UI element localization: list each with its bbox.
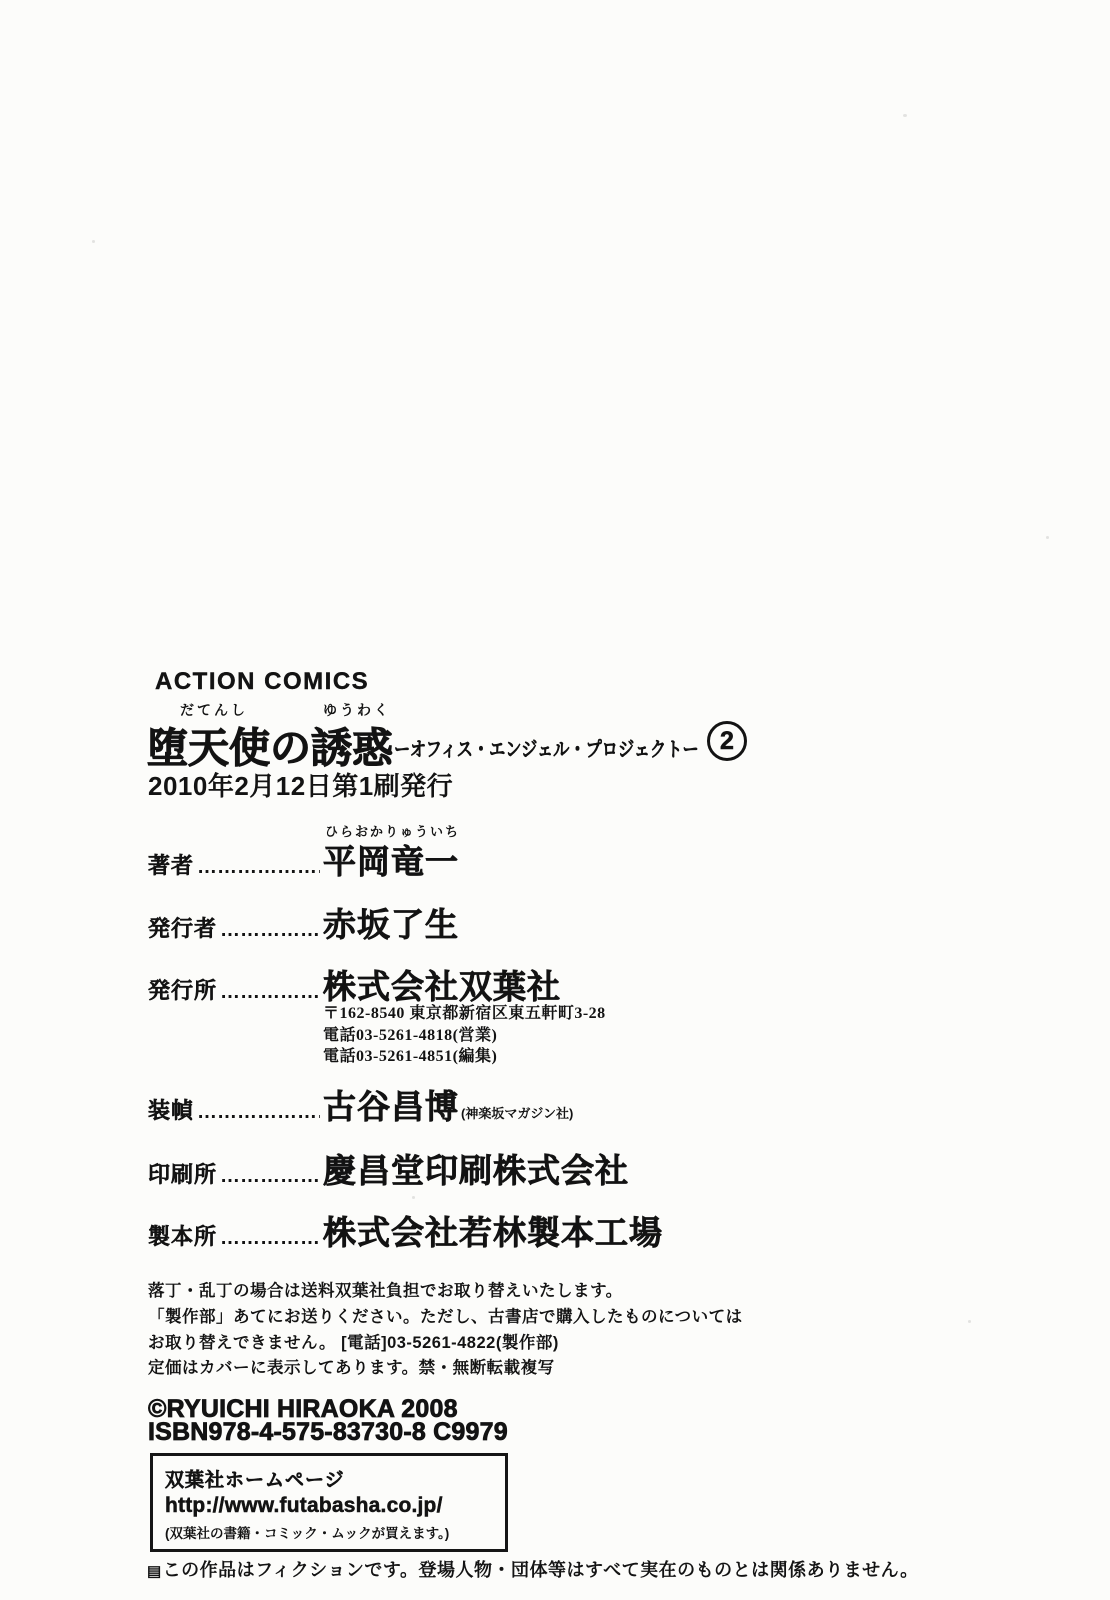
publisher-address: 〒162-8540 東京都新宿区東五軒町3-28 電話03-5261-4818(… <box>323 1003 606 1068</box>
scan-speck <box>968 1320 971 1323</box>
fiction-disclaimer: ▤この作品はフィクションです。登場人物・団体等はすべて実在のものとは関係ありませ… <box>147 1556 919 1582</box>
credit-row-publisher-person: 発行者 …………………………………… 赤坂了生 <box>148 906 908 944</box>
scan-speck <box>903 114 907 117</box>
credit-label-cell: 製本所 …………………………………… <box>148 1224 323 1250</box>
print-date: 2010年2月12日第1刷発行 <box>148 766 453 803</box>
replacement-notice: 落丁・乱丁の場合は送料双葉社負担でお取り替えいたします。 「製作部」あてにお送り… <box>148 1279 743 1382</box>
credit-value-cell: ひらおかりゅういち 平岡竜一 <box>323 843 459 881</box>
author-name: 平岡竜一 <box>323 843 459 881</box>
credit-label: 製本所 <box>148 1224 217 1249</box>
credit-label-cell: 発行所 …………………………………… <box>148 978 323 1004</box>
homepage-box: 双葉社ホームページ http://www.futabasha.co.jp/ (双… <box>150 1453 508 1552</box>
credit-label-cell: 装幀 …………………………………… <box>148 1098 323 1124</box>
scan-speck <box>92 240 95 243</box>
credit-value-cell: 古谷昌博 (神楽坂マガジン社) <box>323 1088 573 1126</box>
dot-leader: …………………………………… <box>220 981 320 1004</box>
address-line: 〒162-8540 東京都新宿区東五軒町3-28 <box>323 1003 606 1025</box>
designer-affiliation: (神楽坂マガジン社) <box>461 1107 573 1122</box>
book-title-block: だてんし ゆうわく 堕天使の誘惑 ーオフィス・エンジェル・プロジェクトー 2 <box>147 700 847 770</box>
dot-leader: …………………………………… <box>197 1101 320 1124</box>
isbn-line: ISBN978-4-575-83730-8 C9979 <box>148 1421 508 1444</box>
credit-label: 発行所 <box>148 978 217 1003</box>
address-phone-sales: 電話03-5261-4818(営業) <box>323 1025 606 1047</box>
copyright-block: ©RYUICHI HIRAOKA 2008 ISBN978-4-575-8373… <box>148 1398 508 1444</box>
credit-value-cell: 株式会社双葉社 <box>323 968 561 1006</box>
credit-label: 装幀 <box>148 1098 194 1123</box>
notice-line: 落丁・乱丁の場合は送料双葉社負担でお取り替えいたします。 <box>148 1279 743 1305</box>
author-furigana: ひらおかりゅういち <box>325 825 460 840</box>
dot-leader: …………………………………… <box>197 856 320 879</box>
publisher-name: 株式会社双葉社 <box>323 968 561 1006</box>
colophon-page: ACTION COMICS だてんし ゆうわく 堕天使の誘惑 ーオフィス・エンジ… <box>0 0 1110 1600</box>
dot-leader: …………………………………… <box>220 1227 320 1250</box>
homepage-heading: 双葉社ホームページ <box>165 1465 493 1492</box>
notice-line: 「製作部」あてにお送りください。ただし、古書店で購入したものについては <box>148 1305 743 1331</box>
credit-label-cell: 著者 …………………………………… <box>148 853 323 879</box>
disclaimer-marker-icon: ▤ <box>147 1564 162 1580</box>
credit-row-design: 装幀 …………………………………… 古谷昌博 (神楽坂マガジン社) <box>148 1088 908 1126</box>
bindery-name: 株式会社若林製本工場 <box>323 1214 663 1252</box>
homepage-note: (双葉社の書籍・コミック・ムックが買えます。) <box>165 1522 493 1542</box>
homepage-url: http://www.futabasha.co.jp/ <box>165 1494 493 1518</box>
credit-label: 発行者 <box>148 916 217 941</box>
credit-row-printer: 印刷所 …………………………………… 慶昌堂印刷株式会社 <box>148 1152 908 1190</box>
printer-name: 慶昌堂印刷株式会社 <box>323 1152 629 1190</box>
credit-value-cell: 株式会社若林製本工場 <box>323 1214 663 1252</box>
address-phone-editorial: 電話03-5261-4851(編集) <box>323 1046 606 1068</box>
book-subtitle: ーオフィス・エンジェル・プロジェクトー <box>394 733 699 762</box>
dot-leader: …………………………………… <box>220 1165 320 1188</box>
designer-name: 古谷昌博 <box>323 1088 459 1126</box>
volume-number-badge: 2 <box>707 721 747 761</box>
credit-label-cell: 発行者 …………………………………… <box>148 916 323 942</box>
notice-line: 定価はカバーに表示してあります。禁・無断転載複写 <box>148 1356 743 1382</box>
credit-value-cell: 慶昌堂印刷株式会社 <box>323 1152 629 1190</box>
disclaimer-text: この作品はフィクションです。登場人物・団体等はすべて実在のものとは関係ありません… <box>163 1560 919 1580</box>
scan-speck <box>1046 536 1049 539</box>
credit-label: 印刷所 <box>148 1162 217 1187</box>
credit-row-author: 著者 …………………………………… ひらおかりゅういち 平岡竜一 <box>148 843 908 881</box>
dot-leader: …………………………………… <box>220 919 320 942</box>
publisher-person-name: 赤坂了生 <box>323 906 459 944</box>
credit-row-bindery: 製本所 …………………………………… 株式会社若林製本工場 <box>148 1214 908 1252</box>
notice-line: お取り替えできません。 [電話]03-5261-4822(製作部) <box>148 1331 743 1357</box>
credit-value-cell: 赤坂了生 <box>323 906 459 944</box>
credit-label: 著者 <box>148 853 194 878</box>
credit-row-publisher: 発行所 …………………………………… 株式会社双葉社 <box>148 968 908 1006</box>
series-label: ACTION COMICS <box>155 668 369 696</box>
credit-label-cell: 印刷所 …………………………………… <box>148 1162 323 1188</box>
scan-speck <box>412 1196 415 1199</box>
